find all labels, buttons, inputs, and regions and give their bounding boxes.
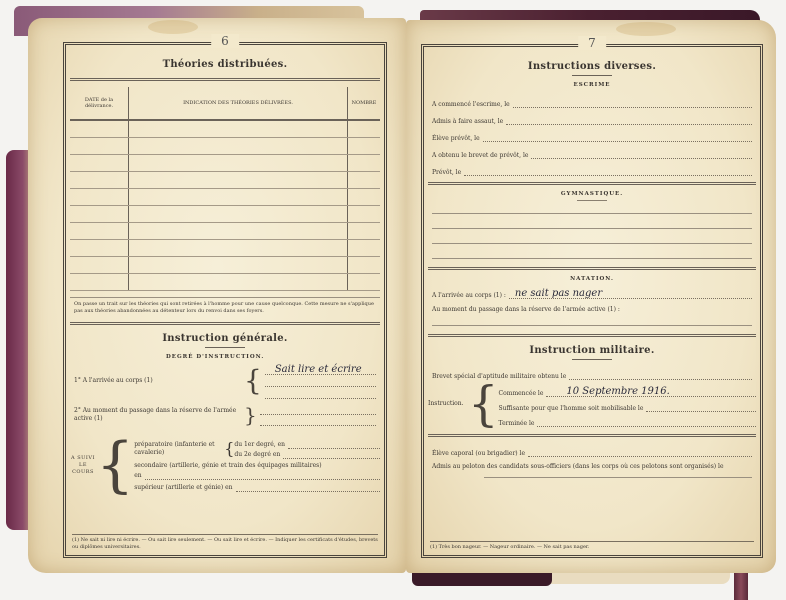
degre1-field[interactable] <box>288 440 380 449</box>
section-title-theories: Théories distribuées. <box>66 59 384 70</box>
cours-label: A SUIVI LE COURS <box>70 455 96 476</box>
arrival-field-3[interactable] <box>265 390 376 399</box>
degree-label: DEGRÉ D'INSTRUCTION. <box>66 354 384 360</box>
cell-date[interactable] <box>70 223 129 240</box>
escrime-field[interactable] <box>483 133 752 142</box>
arrival-handwritten: Sait lire et écrire <box>275 364 362 375</box>
page-number: 6 <box>211 34 239 48</box>
table-row <box>70 240 380 257</box>
cell-date[interactable] <box>70 138 129 155</box>
table-row <box>70 274 380 291</box>
commencee-handwritten: 10 Septembre 1916. <box>566 386 669 397</box>
degre1-label: du 1er degré, en <box>234 441 285 449</box>
escrime-field[interactable] <box>531 150 752 159</box>
cell-nombre[interactable] <box>348 120 381 138</box>
gymnastique-field-2[interactable] <box>432 228 752 229</box>
brace-icon: { <box>244 367 262 395</box>
cell-date[interactable] <box>70 240 129 257</box>
escrime-line: Admis à faire assaut, le <box>424 108 760 125</box>
cell-nombre[interactable] <box>348 274 381 291</box>
cell-indication[interactable] <box>129 138 348 155</box>
table-row <box>70 172 380 189</box>
gymnastique-field-1[interactable] <box>432 213 752 214</box>
cell-indication[interactable] <box>129 155 348 172</box>
cell-nombre[interactable] <box>348 206 381 223</box>
escrime-label: Élève prévôt, le <box>432 135 480 142</box>
cell-indication[interactable] <box>129 240 348 257</box>
commencee-field[interactable]: 10 Septembre 1916. <box>546 388 756 397</box>
escrime-line: A obtenu le brevet de prévôt, le <box>424 142 760 159</box>
brace-icon: { <box>468 380 499 428</box>
brevet-field[interactable] <box>569 371 752 380</box>
natation-handwritten: ne sait pas nager <box>515 288 602 299</box>
brevet-label: Brevet spécial d'aptitude militaire obte… <box>432 373 566 380</box>
section-title-instruction-militaire: Instruction militaire. <box>424 345 760 356</box>
table-row <box>70 223 380 240</box>
col-header-indication: INDICATION DES THÉORIES DÉLIVRÉES. <box>129 87 348 120</box>
footnote: (1) Très bon nageur. — Nageur ordinaire.… <box>430 541 754 551</box>
cell-indication[interactable] <box>129 257 348 274</box>
section-title-instructions-diverses: Instructions diverses. <box>424 61 760 72</box>
cell-indication[interactable] <box>129 189 348 206</box>
table-row <box>70 138 380 155</box>
brace-icon: } <box>244 401 257 429</box>
degre2-field[interactable] <box>283 450 380 459</box>
natation-reserve-label: Au moment du passage dans la réserve de … <box>432 306 620 313</box>
reserve-field-2[interactable] <box>260 417 376 426</box>
left-page: 6 Théories distribuées. DATE de la déliv… <box>28 18 406 573</box>
gymnastique-field-4[interactable] <box>432 258 752 259</box>
terminee-field[interactable] <box>537 418 756 427</box>
preparatoire-label: préparatoire (infanterie et cavalerie) <box>134 441 224 457</box>
col-header-nombre: NOMBRE <box>348 87 381 120</box>
escrime-field[interactable] <box>464 167 752 176</box>
footnote: (1) Ne sait ni lire ni écrire. — Ou sait… <box>72 534 378 551</box>
table-row <box>70 155 380 172</box>
reserve-label: 2° Au moment du passage dans la réserve … <box>74 407 244 423</box>
eleve-caporal-field[interactable] <box>528 448 752 457</box>
secondaire-label: secondaire (artillerie, génie et train d… <box>134 462 380 470</box>
secondaire-field[interactable] <box>145 471 380 480</box>
table-row <box>70 206 380 223</box>
natation-arrival-field[interactable]: ne sait pas nager <box>509 290 752 299</box>
cell-indication[interactable] <box>129 172 348 189</box>
escrime-label: A commencé l'escrime, le <box>432 101 510 108</box>
escrime-line: A commencé l'escrime, le <box>424 91 760 108</box>
cell-date[interactable] <box>70 257 129 274</box>
terminee-label: Terminée le <box>499 420 535 427</box>
arrival-field-1[interactable]: Sait lire et écrire <box>265 366 376 375</box>
escrime-line: Prévôt, le <box>424 159 760 176</box>
right-page: 7 Instructions diverses. ESCRIME A comme… <box>406 20 776 573</box>
cell-indication[interactable] <box>129 223 348 240</box>
suffisante-label: Suffisante pour que l'homme soit mobilis… <box>499 405 644 412</box>
cell-date[interactable] <box>70 120 129 138</box>
section-title-instruction-generale: Instruction générale. <box>66 333 384 344</box>
cell-indication[interactable] <box>129 120 348 138</box>
eleve-caporal-label: Élève caporal (ou brigadier) le <box>432 450 525 457</box>
cell-date[interactable] <box>70 206 129 223</box>
gymnastique-heading: GYMNASTIQUE. <box>424 191 760 197</box>
suffisante-field[interactable] <box>646 403 756 412</box>
escrime-heading: ESCRIME <box>424 82 760 88</box>
natation-heading: NATATION. <box>424 276 760 282</box>
cell-date[interactable] <box>70 189 129 206</box>
natation-reserve-field[interactable] <box>432 325 752 326</box>
cell-nombre[interactable] <box>348 172 381 189</box>
natation-arrival-label: A l'arrivée au corps (1) : <box>432 292 506 299</box>
left-page-frame: 6 Théories distribuées. DATE de la déliv… <box>63 42 387 558</box>
cell-indication[interactable] <box>129 274 348 291</box>
escrime-field[interactable] <box>506 116 752 125</box>
arrival-field-2[interactable] <box>265 378 376 387</box>
brace-icon: { <box>96 435 134 495</box>
escrime-field[interactable] <box>513 99 752 108</box>
degre2-label: du 2e degré en <box>234 451 280 459</box>
brace-icon: { <box>224 445 234 453</box>
cell-nombre[interactable] <box>348 240 381 257</box>
superieur-label: supérieur (artillerie et génie) en <box>134 484 232 492</box>
escrime-label: Prévôt, le <box>432 169 461 176</box>
cell-nombre[interactable] <box>348 155 381 172</box>
secondaire-en-label: en <box>134 472 141 480</box>
cell-nombre[interactable] <box>348 223 381 240</box>
cell-date[interactable] <box>70 155 129 172</box>
superieur-field[interactable] <box>236 483 380 492</box>
page-number: 7 <box>578 36 606 50</box>
col-header-date: DATE de la délivrance. <box>70 87 129 120</box>
table-row <box>70 120 380 138</box>
escrime-line: Élève prévôt, le <box>424 125 760 142</box>
escrime-label: A obtenu le brevet de prévôt, le <box>432 152 528 159</box>
cell-indication[interactable] <box>129 206 348 223</box>
right-page-frame: 7 Instructions diverses. ESCRIME A comme… <box>421 44 763 558</box>
table-row <box>70 257 380 274</box>
commencee-label: Commencée le <box>499 390 544 397</box>
peloton-label: Admis au peloton des candidats sous-offi… <box>424 457 760 471</box>
cell-nombre[interactable] <box>348 138 381 155</box>
cell-nombre[interactable] <box>348 189 381 206</box>
reserve-field-1[interactable] <box>260 406 376 415</box>
table-row <box>70 189 380 206</box>
instruction-label: Instruction. <box>428 400 468 408</box>
escrime-label: Admis à faire assaut, le <box>432 118 503 125</box>
peloton-field[interactable] <box>484 477 752 478</box>
arrival-label: 1° A l'arrivée au corps (1) <box>74 377 244 385</box>
theories-note: On passe un trait sur les théories qui s… <box>66 298 384 318</box>
gymnastique-field-3[interactable] <box>432 243 752 244</box>
cell-nombre[interactable] <box>348 257 381 274</box>
theories-table: DATE de la délivrance. INDICATION DES TH… <box>70 87 380 291</box>
cell-date[interactable] <box>70 172 129 189</box>
cell-date[interactable] <box>70 274 129 291</box>
